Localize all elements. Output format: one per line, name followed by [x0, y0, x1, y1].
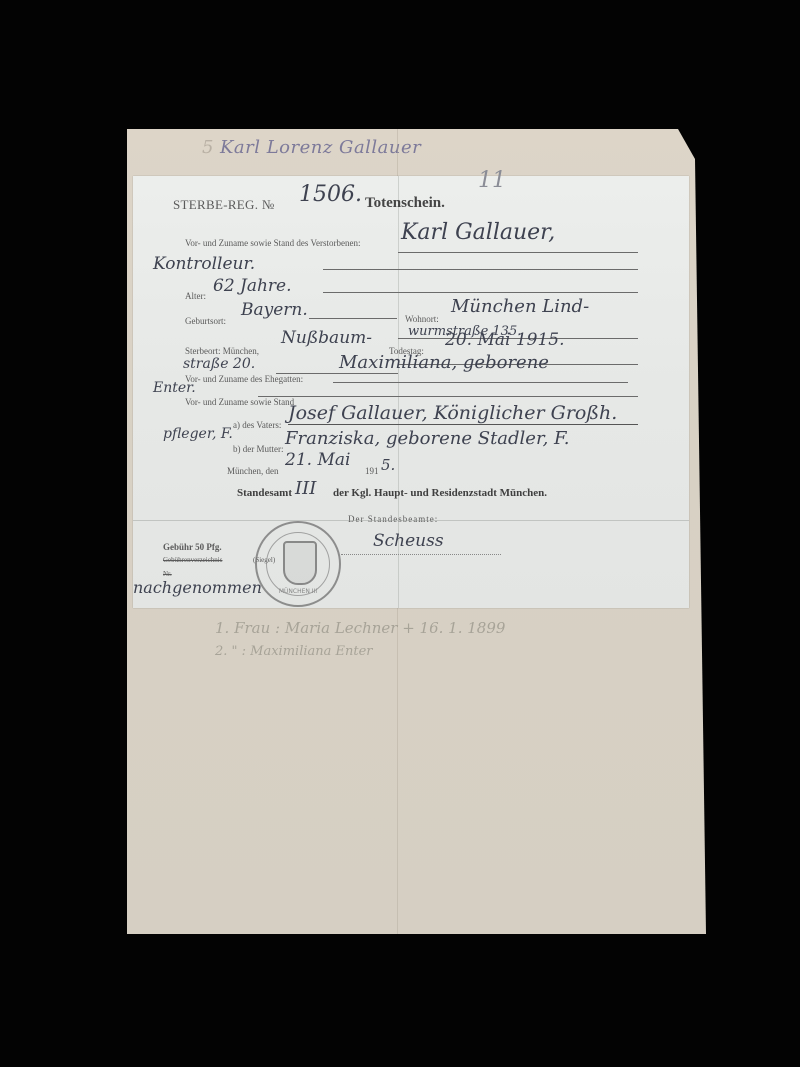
backing-note-prefix: 5: [202, 137, 214, 158]
deceased-line: [398, 252, 638, 253]
parents-label: Vor- und Zuname sowie Stand: [185, 397, 294, 407]
register-number: 1506.: [299, 182, 362, 207]
certificate-title: Totenschein.: [365, 195, 445, 211]
backing-note-text: Karl Lorenz Gallauer: [220, 137, 421, 158]
death-certificate: STERBE-REG. № 1506. Totenschein. 11 Vor-…: [133, 176, 689, 608]
residence-value-1: München Lind-: [451, 296, 589, 317]
seal-coat-of-arms-icon: [283, 541, 317, 585]
spouse-line-2: [258, 396, 638, 397]
registrar-label: Der Standesbeamte:: [348, 514, 438, 524]
pencil-note-1: 1. Frau : Maria Lechner + 16. 1. 1899: [215, 619, 505, 637]
father-line: [288, 424, 638, 425]
place-date-label: München, den: [227, 466, 279, 476]
fee-subtext: Gebührenverzeichnis: [163, 556, 222, 564]
father-label: a) des Vaters:: [233, 420, 281, 430]
certificate-header: STERBE-REG. №: [173, 196, 275, 214]
spouse-label: Vor- und Zuname des Ehegatten:: [185, 374, 303, 384]
deathplace-label: Sterbeort: München,: [185, 346, 259, 356]
spouse-line: [333, 382, 628, 383]
corner-number: 11: [478, 168, 506, 193]
deceased-value: Karl Gallauer,: [401, 220, 555, 245]
register-label: STERBE-REG. №: [173, 197, 275, 212]
spouse-value-2: Enter.: [153, 380, 196, 396]
official-seal: MÜNCHEN III: [255, 521, 341, 607]
backing-top-note: 5Karl Lorenz Gallauer: [202, 137, 421, 158]
occupation-value: Kontrolleur.: [153, 254, 255, 274]
deathplace-value-2: straße 20.: [183, 356, 255, 372]
age-value: 62 Jahre.: [213, 276, 292, 296]
father-value-1: Josef Gallauer, Königlicher Großh.: [288, 402, 617, 424]
birthplace-value: Bayern.: [241, 300, 308, 320]
deceased-label: Vor- und Zuname sowie Stand des Verstorb…: [185, 238, 360, 248]
registrar-signature: Scheuss: [373, 531, 444, 551]
certificate-title-wrap: Totenschein.: [365, 194, 445, 212]
year-suffix: 5.: [381, 456, 395, 474]
deathplace-value-1: Nußbaum-: [281, 328, 372, 348]
father-value-2: pfleger, F.: [163, 426, 233, 442]
year-prefix: 191: [365, 466, 379, 476]
mother-value: Franziska, geborene Stadler, F.: [285, 428, 569, 449]
signature-line: [341, 554, 501, 555]
office-label-1: Standesamt: [237, 487, 292, 499]
mother-label: b) der Mutter:: [233, 444, 283, 454]
age-line: [323, 292, 638, 293]
occupation-line: [323, 269, 638, 270]
age-label: Alter:: [185, 291, 206, 301]
deathdate-value: 20. Mai 1915.: [445, 330, 565, 350]
birthplace-label: Geburtsort:: [185, 316, 226, 326]
fee-label: Gebühr 50 Pfg.: [163, 542, 222, 552]
spouse-value-1: Maximiliana, geborene: [339, 352, 549, 373]
residence-label: Wohnort:: [405, 314, 439, 324]
seal-text: MÜNCHEN III: [257, 588, 339, 595]
place-date-value: 21. Mai: [285, 450, 350, 470]
pencil-note-2: 2. " : Maximiliana Enter: [215, 644, 373, 659]
office-label-2: der Kgl. Haupt- und Residenzstadt Münche…: [333, 487, 547, 499]
office-number: III: [295, 478, 316, 499]
birthplace-line: [309, 318, 397, 319]
fee-number: Nr.: [163, 570, 172, 578]
bottom-note: nachgenommen: [133, 578, 262, 597]
